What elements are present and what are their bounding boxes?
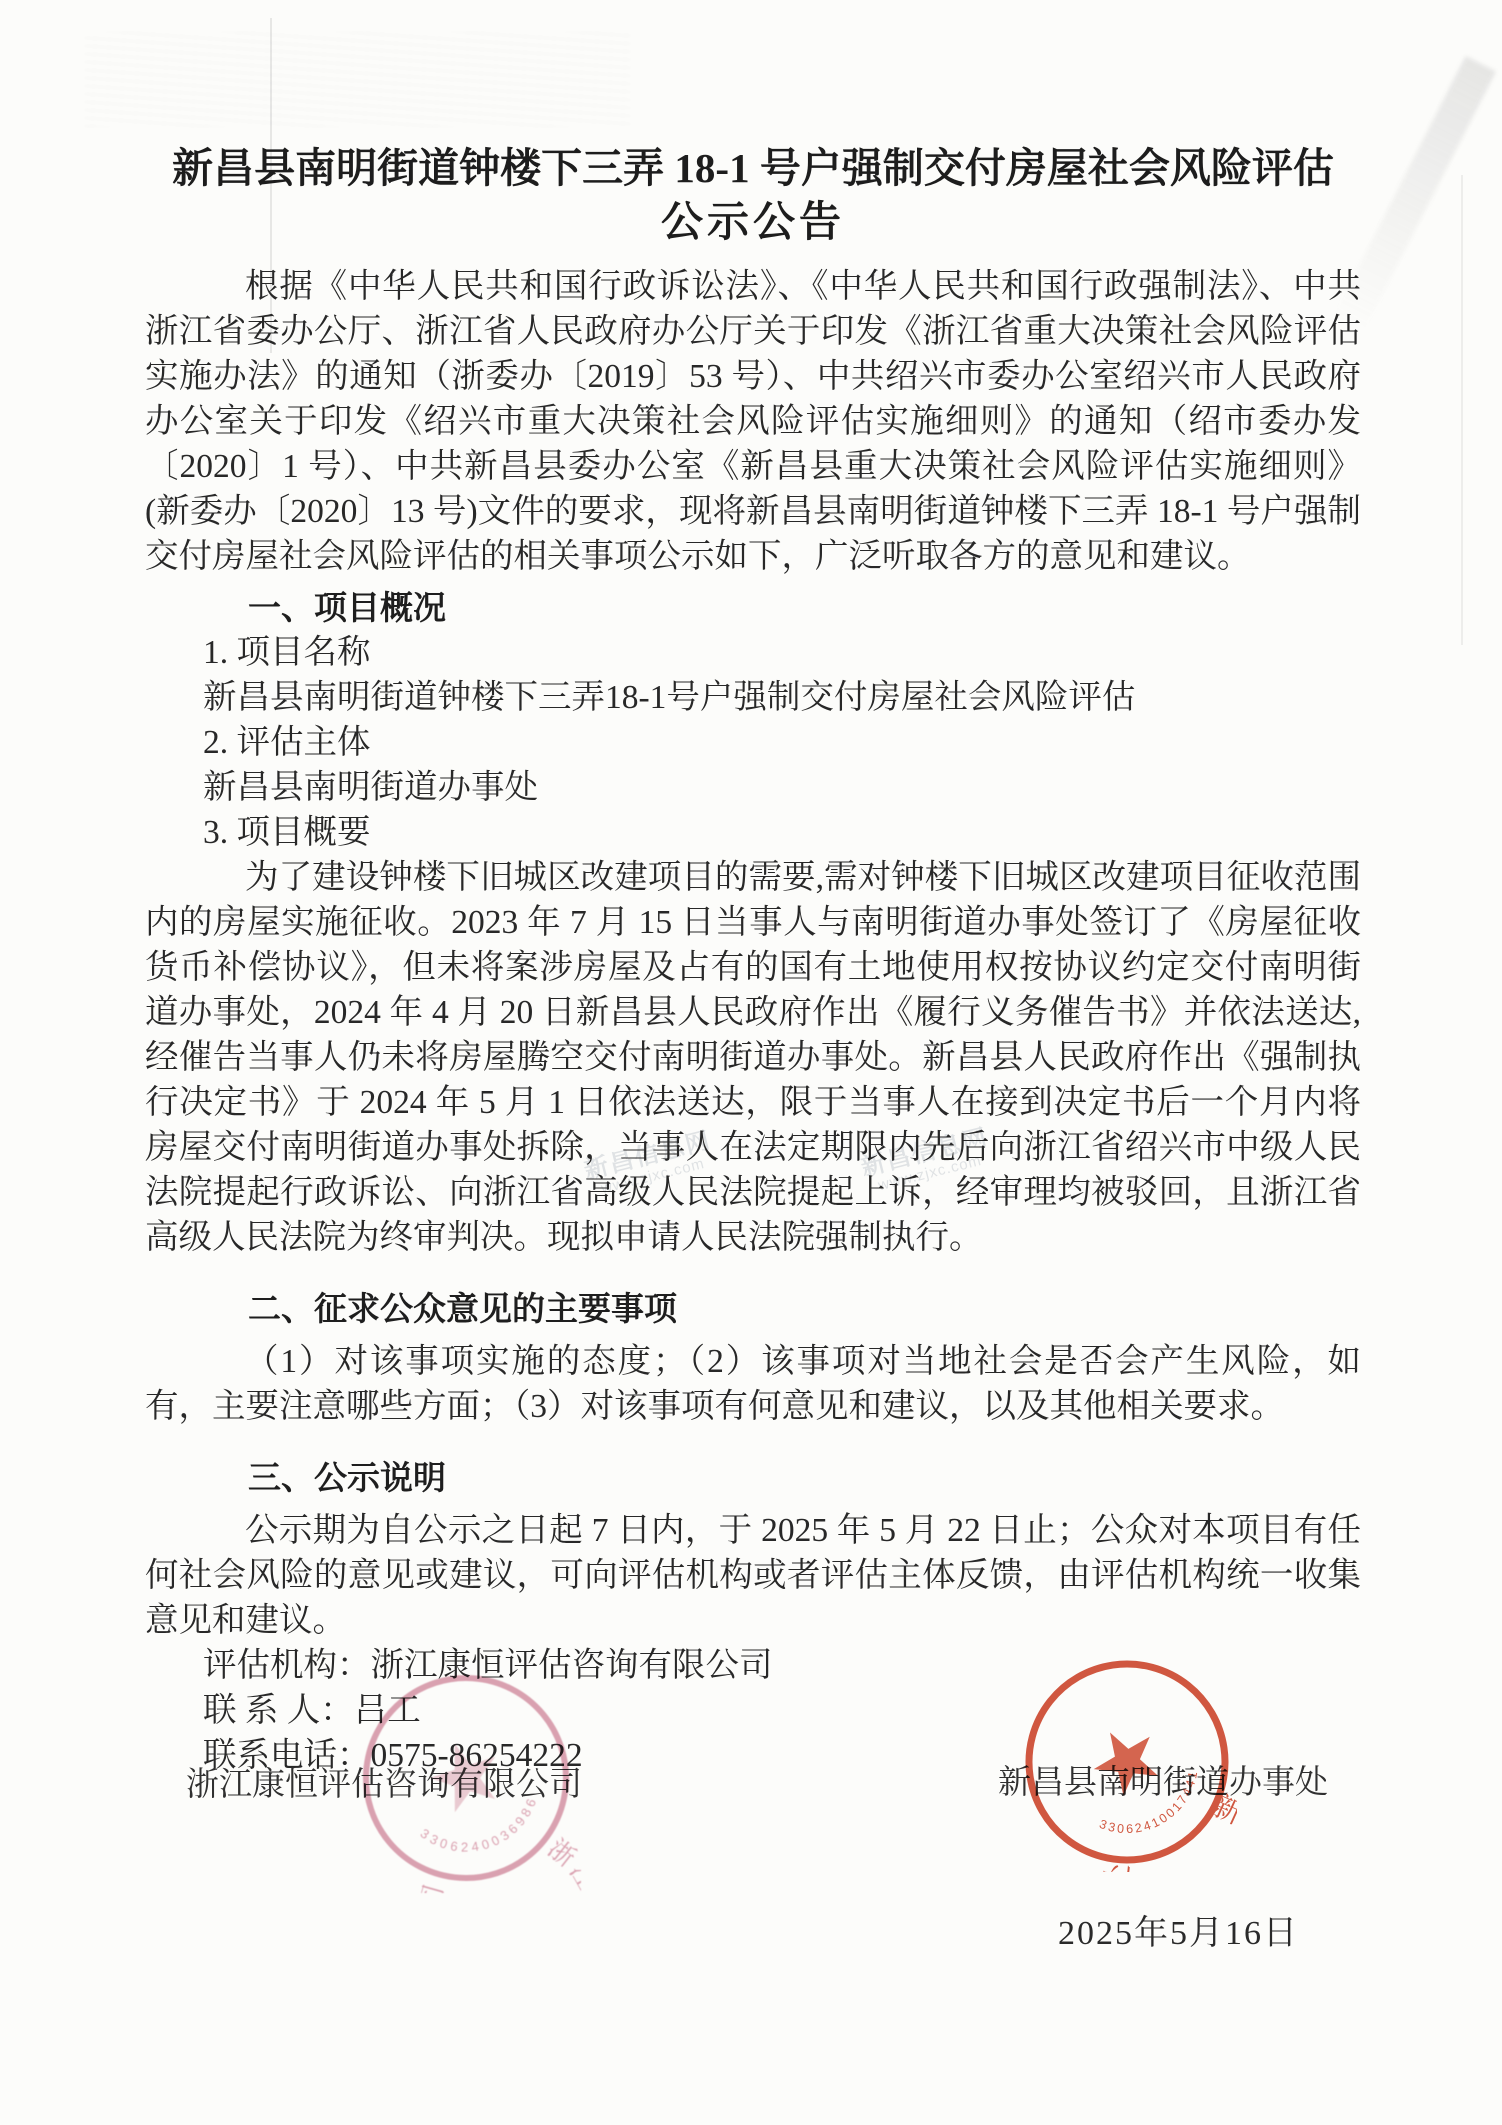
document-title-line2: 公示公告 (145, 196, 1361, 250)
section1-item-value: 新昌县南明街道办事处 (203, 765, 1361, 810)
section2-heading: 二、征求公众意见的主要事项 (248, 1286, 1361, 1331)
section1-item-value: 新昌县南明街道钟楼下三弄18-1号户强制交付房屋社会风险评估 (203, 675, 1361, 720)
section3-paragraph: 公示期为自公示之日起 7 日内，于 2025 年 5 月 22 日止；公众对本项… (145, 1508, 1361, 1643)
signature-right-office: 新昌县南明街道办事处 (998, 1756, 1328, 1803)
document-title: 新昌县南明街道钟楼下三弄 18-1 号户强制交付房屋社会风险评估 公示公告 (145, 140, 1361, 250)
svg-text:浙江康恒评估咨询有限公司: 浙江康恒评估咨询有限公司 (397, 1825, 581, 1893)
document-title-line1: 新昌县南明街道钟楼下三弄 18-1 号户强制交付房屋社会风险评估 (145, 140, 1361, 196)
section1-heading: 一、项目概况 (248, 585, 1361, 630)
section1-item-label: 2. 评估主体 (203, 720, 1361, 765)
contact-agency: 评估机构：浙江康恒评估咨询有限公司 (203, 1643, 1361, 1688)
seal-ring-text: 浙江康恒评估咨询有限公司 (397, 1825, 581, 1893)
project-summary-paragraph: 为了建设钟楼下旧城区改建项目的需要,需对钟楼下旧城区改建项目征收范围内的房屋实施… (145, 855, 1361, 1260)
scan-smudge-artifact (85, 32, 630, 127)
intro-paragraph: 根据《中华人民共和国行政诉讼法》、《中华人民共和国行政强制法》、中共浙江省委办公… (145, 264, 1361, 579)
document-page: 新昌信息网 www.zjxc.com 新昌信息网 www.zjxc.com 新昌… (0, 0, 1502, 2125)
document-date: 2025年5月16日 (1058, 1905, 1299, 1954)
section1-item-label: 1. 项目名称 (203, 630, 1361, 675)
scan-vertical-line-artifact (1461, 175, 1463, 645)
signature-left-agency: 浙江康恒评估咨询有限公司 (186, 1758, 582, 1805)
document-body: 新昌县南明街道钟楼下三弄 18-1 号户强制交付房屋社会风险评估 公示公告 根据… (145, 140, 1361, 1778)
section1-item-label: 3. 项目概要 (203, 810, 1361, 855)
section3-heading: 三、公示说明 (248, 1455, 1361, 1500)
section2-paragraph: （1）对该事项实施的态度；（2）该事项对当地社会是否会产生风险，如有，主要注意哪… (145, 1339, 1361, 1429)
contact-person: 联 系 人：吕工 (203, 1688, 1361, 1733)
